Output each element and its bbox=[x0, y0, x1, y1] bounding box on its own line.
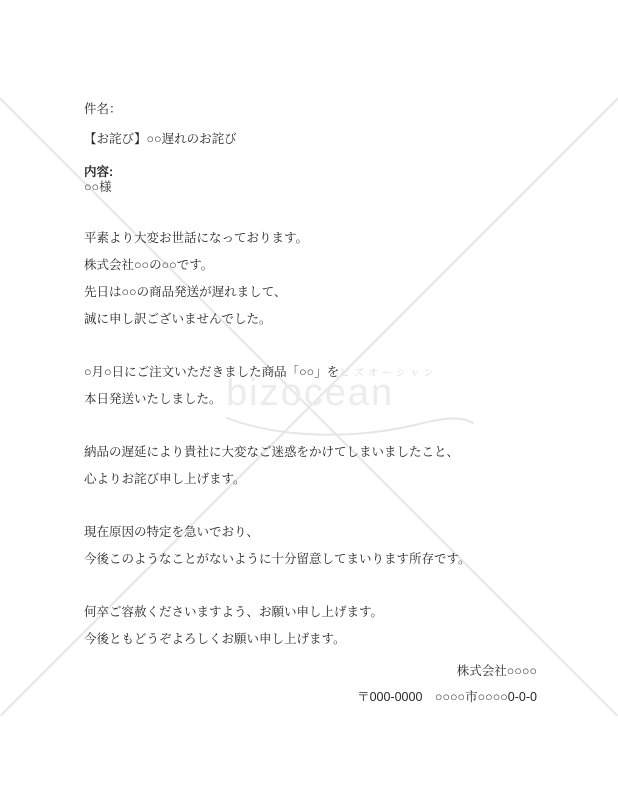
body-line: 平素より大変お世話になっております。 bbox=[84, 225, 471, 252]
body-line: 何卒ご容赦くださいますよう、お願い申し上げます。 bbox=[84, 599, 471, 626]
body-line: 先日は○○の商品発送が遅れまして、 bbox=[84, 279, 471, 306]
subject-label: 件名： bbox=[84, 103, 122, 116]
paragraph-shipping-notice: ○月○日にご注文いただきました商品「○○」を 本日発送いたしました。 bbox=[84, 359, 471, 413]
letter-body: 平素より大変お世話になっております。 株式会社○○の○○です。 先日は○○の商品… bbox=[84, 225, 471, 653]
letter-template-page: ビズオーシャン bizocean 件名： 【お詫び】○○遅れのお詫び 内容: ○… bbox=[0, 0, 618, 800]
body-line: 現在原因の特定を急いでおり、 bbox=[84, 519, 471, 546]
content-label: 内容: bbox=[84, 166, 113, 179]
body-line: 心よりお詫び申し上げます。 bbox=[84, 466, 471, 493]
body-line: 今後ともどうぞよろしくお願い申し上げます。 bbox=[84, 626, 471, 653]
body-line: 本日発送いたしました。 bbox=[84, 386, 471, 413]
body-line: 誠に申し訳ございませんでした。 bbox=[84, 306, 471, 333]
signature-address: 〒000-0000 ○○○○市○○○○0-0-0 bbox=[357, 691, 537, 704]
paragraph-greeting: 平素より大変お世話になっております。 株式会社○○の○○です。 先日は○○の商品… bbox=[84, 225, 471, 333]
paragraph-closing: 何卒ご容赦くださいますよう、お願い申し上げます。 今後ともどうぞよろしくお願い申… bbox=[84, 599, 471, 653]
signature-company: 株式会社○○○○ bbox=[457, 665, 537, 678]
body-line: 納品の遅延により貴社に大変なご迷惑をかけてしまいましたこと、 bbox=[84, 439, 471, 466]
body-line: 株式会社○○の○○です。 bbox=[84, 252, 471, 279]
body-line: ○月○日にご注文いただきました商品「○○」を bbox=[84, 359, 471, 386]
paragraph-apology: 納品の遅延により貴社に大変なご迷惑をかけてしまいましたこと、 心よりお詫び申し上… bbox=[84, 439, 471, 493]
paragraph-prevention: 現在原因の特定を急いでおり、 今後このようなことがないように十分留意してまいりま… bbox=[84, 519, 471, 573]
recipient-name: ○○様 bbox=[84, 181, 112, 194]
subject-title: 【お詫び】○○遅れのお詫び bbox=[84, 133, 237, 146]
body-line: 今後このようなことがないように十分留意してまいります所存です。 bbox=[84, 546, 471, 573]
